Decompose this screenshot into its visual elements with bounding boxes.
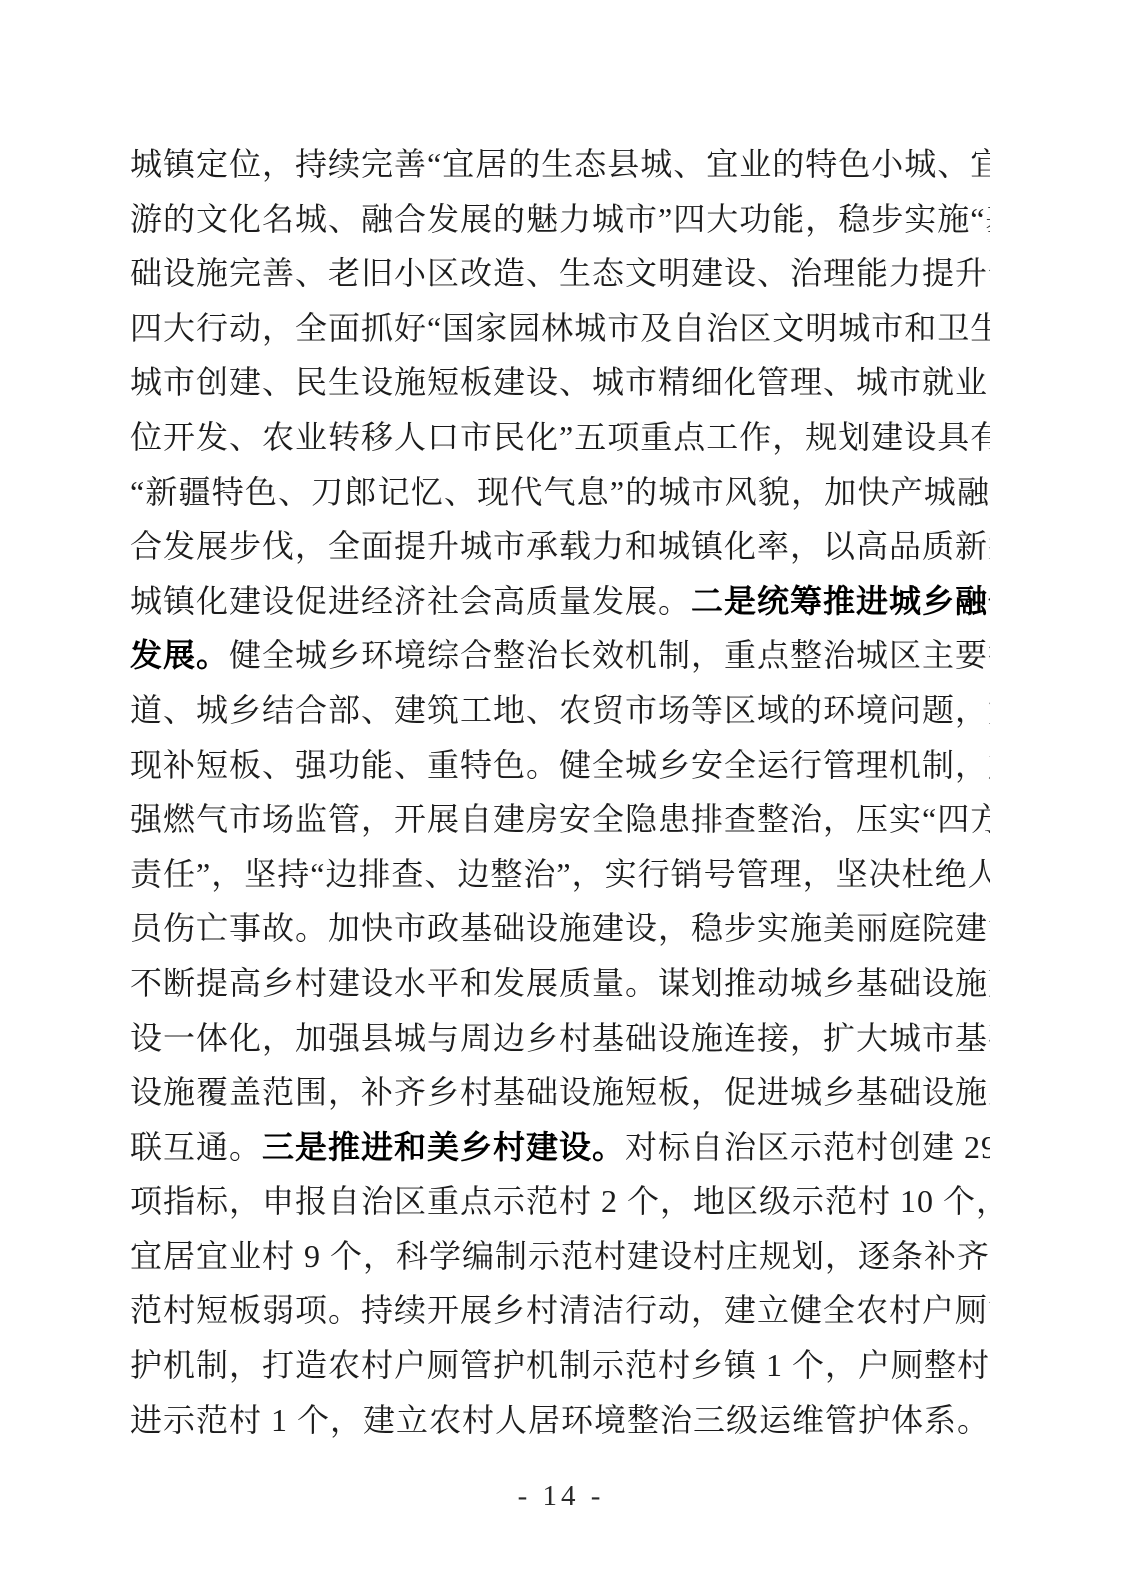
text-line: 四大行动，全面抓好“国家园林城市及自治区文明城市和卫生 — [130, 301, 990, 356]
body-text: 强燃气市场监管，开展自建房安全隐患排查整治，压实“四方 — [130, 801, 990, 837]
body-text: 设施覆盖范围，补齐乡村基础设施短板，促进城乡基础设施互 — [130, 1074, 990, 1110]
body-text: 进示范村 1 个，建立农村人居环境整治三级运维管护体系。狠 — [130, 1402, 990, 1438]
text-line: 不断提高乡村建设水平和发展质量。谋划推动城乡基础设施建 — [130, 956, 990, 1011]
text-line: 位开发、农业转移人口市民化”五项重点工作，规划建设具有 — [130, 410, 990, 465]
body-text: “新疆特色、刀郎记忆、现代气息”的城市风貌，加快产城融 — [130, 474, 990, 510]
text-line: 道、城乡结合部、建筑工地、农贸市场等区域的环境问题，实 — [130, 683, 990, 738]
emphasis-text: 发展。 — [130, 637, 229, 673]
page-number: - 14 - — [0, 1480, 1122, 1513]
body-text: 合发展步伐，全面提升城市承载力和城镇化率，以高品质新型 — [130, 528, 990, 564]
body-text: 础设施完善、老旧小区改造、生态文明建设、治理能力提升” — [130, 255, 990, 291]
body-text: 健全城乡环境综合整治长效机制，重点整治城区主要街 — [229, 637, 990, 673]
text-line: 城镇定位，持续完善“宜居的生态县城、宜业的特色小城、宜 — [130, 137, 990, 192]
text-line: 城市创建、民生设施短板建设、城市精细化管理、城市就业岗 — [130, 355, 990, 410]
body-text: 项指标，申报自治区重点示范村 2 个，地区级示范村 10 个， — [130, 1183, 990, 1219]
body-text: 现补短板、强功能、重特色。健全城乡安全运行管理机制，加 — [130, 747, 990, 783]
text-line: 强燃气市场监管，开展自建房安全隐患排查整治，压实“四方 — [130, 792, 990, 847]
body-text: 道、城乡结合部、建筑工地、农贸市场等区域的环境问题，实 — [130, 692, 990, 728]
text-line: 员伤亡事故。加快市政基础设施建设，稳步实施美丽庭院建设， — [130, 901, 990, 956]
body-text: 责任”，坚持“边排查、边整治”，实行销号管理，坚决杜绝人 — [130, 856, 990, 892]
body-text: 四大行动，全面抓好“国家园林城市及自治区文明城市和卫生 — [130, 310, 990, 346]
text-line: 范村短板弱项。持续开展乡村清洁行动，建立健全农村户厕管 — [130, 1283, 990, 1338]
document-body: 城镇定位，持续完善“宜居的生态县城、宜业的特色小城、宜游的文化名城、融合发展的魅… — [130, 137, 990, 1447]
body-text: 城镇定位，持续完善“宜居的生态县城、宜业的特色小城、宜 — [130, 146, 990, 182]
text-line: 现补短板、强功能、重特色。健全城乡安全运行管理机制，加 — [130, 738, 990, 793]
text-line: 合发展步伐，全面提升城市承载力和城镇化率，以高品质新型 — [130, 519, 990, 574]
emphasis-text: 二是统筹推进城乡融合 — [691, 583, 990, 619]
body-text: 范村短板弱项。持续开展乡村清洁行动，建立健全农村户厕管 — [130, 1292, 990, 1328]
body-text: 城市创建、民生设施短板建设、城市精细化管理、城市就业岗 — [130, 364, 990, 400]
text-line: 设一体化，加强县城与周边乡村基础设施连接，扩大城市基础 — [130, 1011, 990, 1066]
body-text: 联互通。 — [130, 1129, 262, 1165]
text-line: 发展。健全城乡环境综合整治长效机制，重点整治城区主要街 — [130, 628, 990, 683]
body-text: 位开发、农业转移人口市民化”五项重点工作，规划建设具有 — [130, 419, 990, 455]
body-text: 游的文化名城、融合发展的魅力城市”四大功能，稳步实施“基 — [130, 201, 990, 237]
body-text: 员伤亡事故。加快市政基础设施建设，稳步实施美丽庭院建设， — [130, 910, 990, 946]
body-text: 设一体化，加强县城与周边乡村基础设施连接，扩大城市基础 — [130, 1020, 990, 1056]
text-line: 础设施完善、老旧小区改造、生态文明建设、治理能力提升” — [130, 246, 990, 301]
text-line: “新疆特色、刀郎记忆、现代气息”的城市风貌，加快产城融 — [130, 465, 990, 520]
body-text: 对标自治区示范村创建 29 — [625, 1129, 990, 1165]
text-line: 城镇化建设促进经济社会高质量发展。二是统筹推进城乡融合 — [130, 574, 990, 629]
body-text: 宜居宜业村 9 个，科学编制示范村建设村庄规划，逐条补齐示 — [130, 1238, 990, 1274]
document-page: 城镇定位，持续完善“宜居的生态县城、宜业的特色小城、宜游的文化名城、融合发展的魅… — [0, 0, 1122, 1587]
body-text: 不断提高乡村建设水平和发展质量。谋划推动城乡基础设施建 — [130, 965, 990, 1001]
text-line: 游的文化名城、融合发展的魅力城市”四大功能，稳步实施“基 — [130, 192, 990, 247]
body-text: 城镇化建设促进经济社会高质量发展。 — [130, 583, 691, 619]
text-line: 宜居宜业村 9 个，科学编制示范村建设村庄规划，逐条补齐示 — [130, 1229, 990, 1284]
body-text: 护机制，打造农村户厕管护机制示范村乡镇 1 个，户厕整村推 — [130, 1347, 990, 1383]
text-line: 责任”，坚持“边排查、边整治”，实行销号管理，坚决杜绝人 — [130, 847, 990, 902]
text-line: 项指标，申报自治区重点示范村 2 个，地区级示范村 10 个， — [130, 1174, 990, 1229]
text-line: 设施覆盖范围，补齐乡村基础设施短板，促进城乡基础设施互 — [130, 1065, 990, 1120]
text-line: 护机制，打造农村户厕管护机制示范村乡镇 1 个，户厕整村推 — [130, 1338, 990, 1393]
text-line: 联互通。三是推进和美乡村建设。对标自治区示范村创建 29 — [130, 1120, 990, 1175]
emphasis-text: 三是推进和美乡村建设。 — [262, 1129, 625, 1165]
text-line: 进示范村 1 个，建立农村人居环境整治三级运维管护体系。狠 — [130, 1393, 990, 1448]
